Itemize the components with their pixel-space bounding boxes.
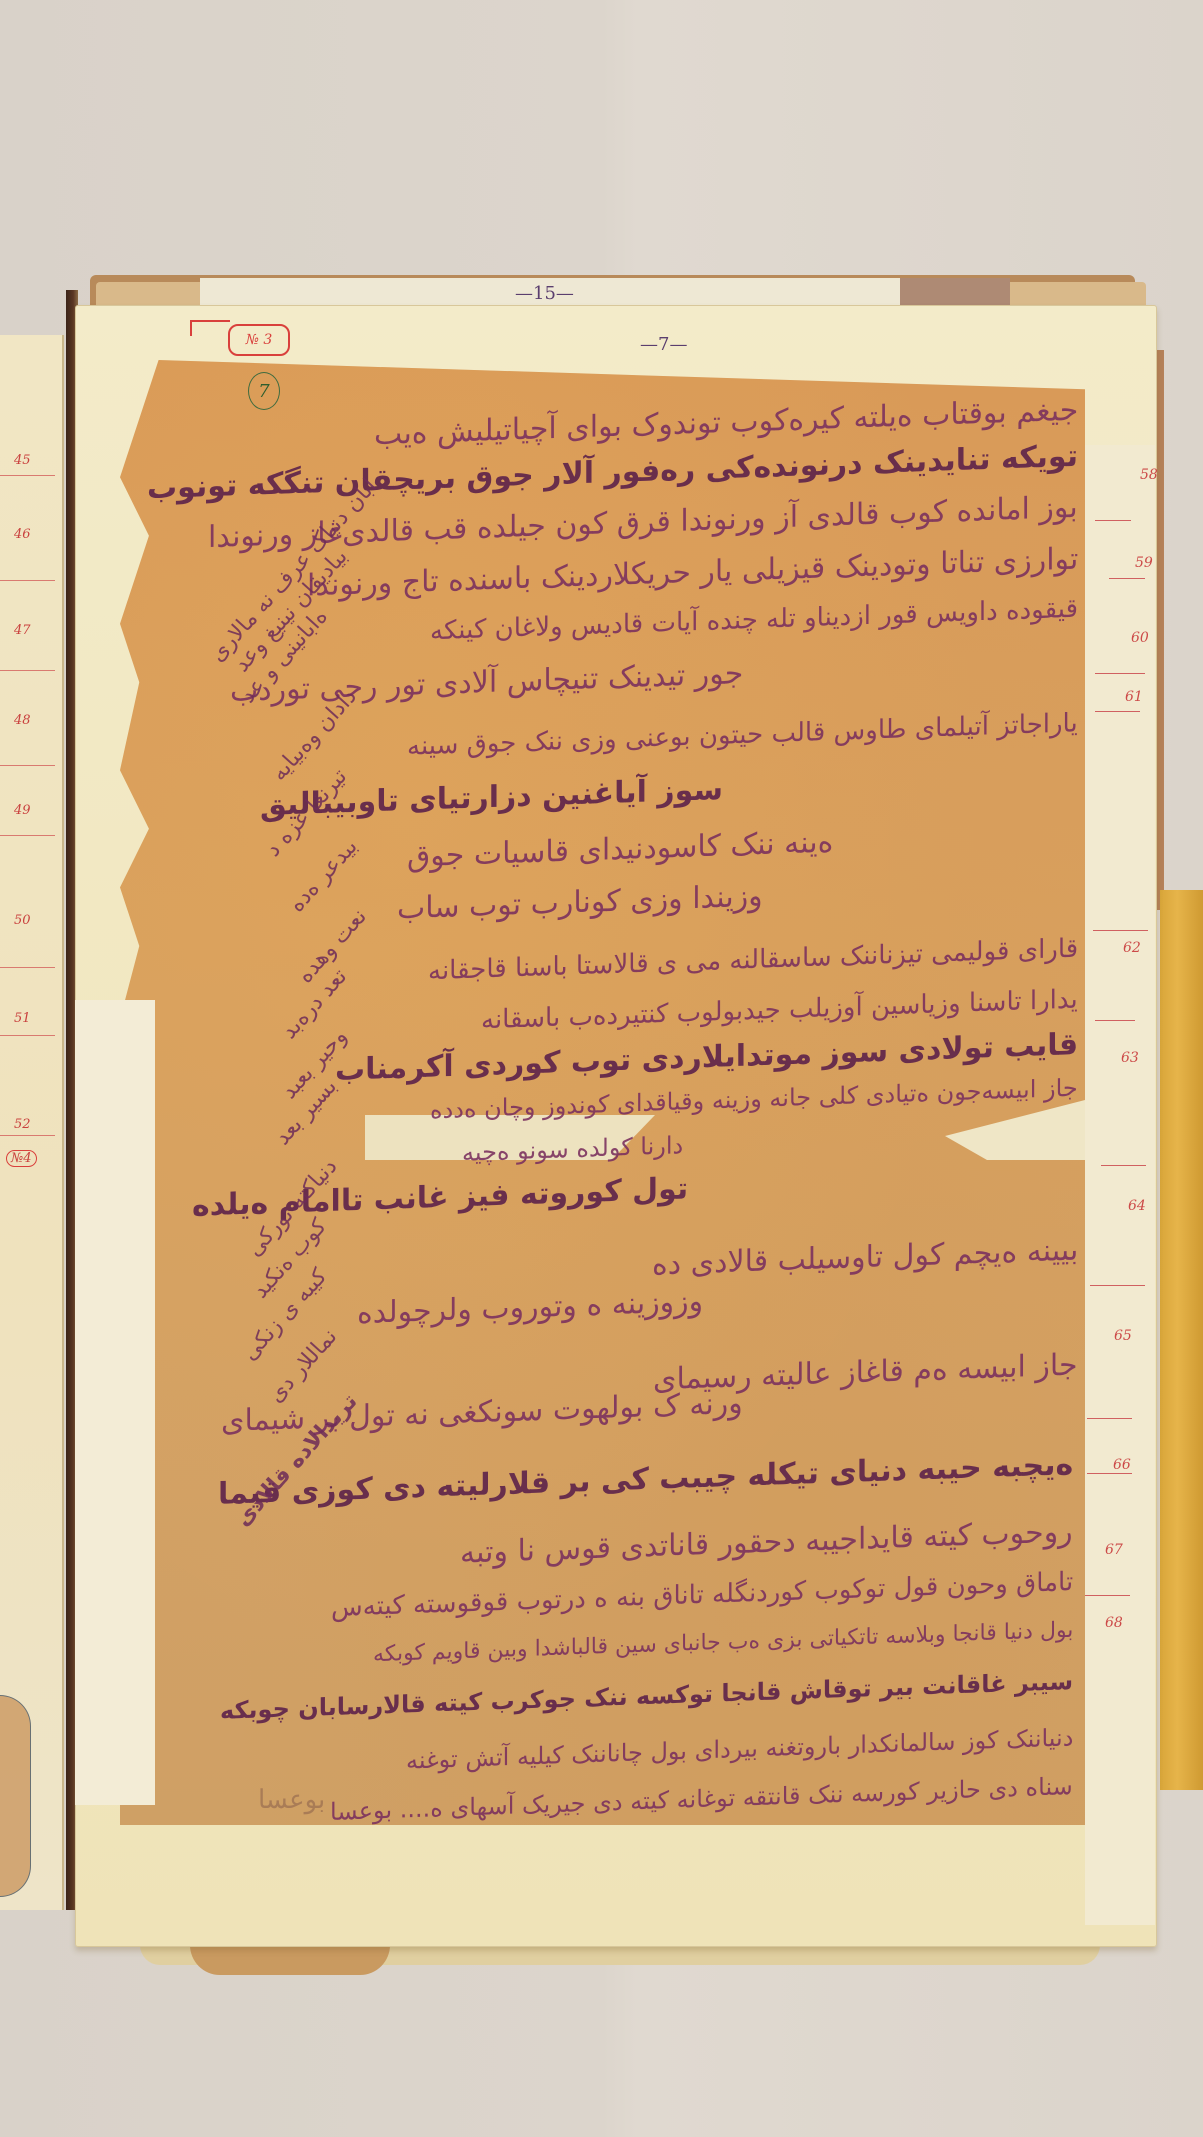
repair-tape-left xyxy=(75,1000,155,1805)
circled-page-number: 7 xyxy=(248,372,280,410)
line-number-60: 60 xyxy=(1131,630,1149,646)
left-page-stain-drawing xyxy=(0,1695,31,1897)
repair-tape-strip xyxy=(365,1115,655,1160)
faded-signature: بوعسا xyxy=(258,1785,325,1815)
right-margin-strip: 58 59 60 61 62 63 64 65 66 67 68 xyxy=(1085,445,1155,1925)
left-margin-number: 46 xyxy=(14,527,31,542)
torn-brown-edge xyxy=(190,1945,390,1975)
line-number-62: 62 xyxy=(1123,940,1141,956)
left-margin-number: 47 xyxy=(14,623,31,638)
back-folio-tab-brown xyxy=(900,278,1010,308)
left-margin-number: 48 xyxy=(14,713,31,728)
line-number-58: 58 xyxy=(1140,467,1158,483)
manuscript-leaf xyxy=(120,360,1085,1825)
folio-number-front: —7— xyxy=(640,334,687,355)
left-margin-number: 51 xyxy=(14,1011,31,1026)
line-number-68: 68 xyxy=(1105,1615,1123,1631)
left-margin-number: 49 xyxy=(14,803,31,818)
left-margin-number: 45 xyxy=(14,453,31,468)
line-number-63: 63 xyxy=(1121,1050,1139,1066)
right-gold-cover xyxy=(1160,890,1203,1790)
reference-number-badge: № 3 xyxy=(228,324,290,356)
line-number-65: 65 xyxy=(1114,1328,1132,1344)
left-neighbour-page: 45 46 47 48 49 50 51 52 №4 xyxy=(0,335,64,1910)
left-margin-number: №4 xyxy=(6,1150,37,1167)
line-number-64: 64 xyxy=(1128,1198,1146,1214)
reference-hook-mark xyxy=(190,320,230,336)
line-number-61: 61 xyxy=(1125,689,1143,705)
line-number-66: 66 xyxy=(1113,1457,1131,1473)
line-number-59: 59 xyxy=(1135,555,1153,571)
folio-number-back: —15— xyxy=(515,283,574,304)
left-margin-number: 50 xyxy=(14,913,31,928)
line-number-67: 67 xyxy=(1105,1542,1123,1558)
left-margin-number: 52 xyxy=(14,1117,31,1132)
